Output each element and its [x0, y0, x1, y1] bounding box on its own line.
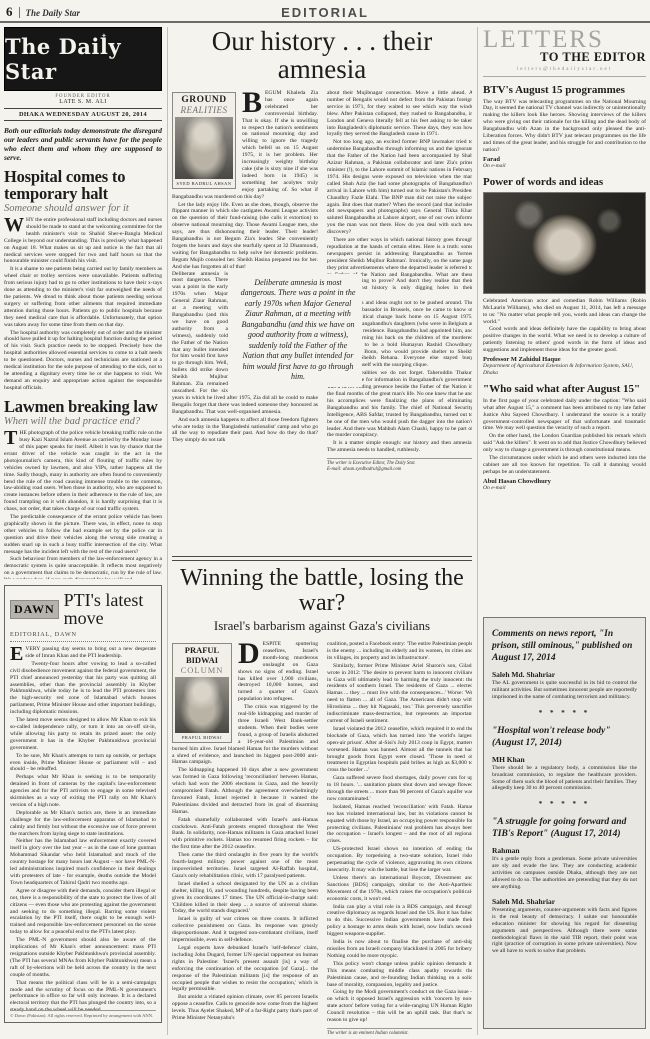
letter-who-said-what: "Who said what after August 15" In the f… [483, 383, 646, 491]
writer-footer: The writer is Executive Editor, The Dail… [327, 458, 472, 473]
column-rule [477, 27, 478, 1035]
founder-name: LATE S. M. ALI [4, 99, 162, 105]
paragraph: WHY the entire professional staff includ… [4, 217, 162, 265]
comment-text: Presenting arguments, counter-arguments … [492, 907, 637, 955]
paragraph: Going by the Modi government's conduct o… [327, 989, 472, 1024]
paragraph: The kidnapping happened 10 days after a … [172, 767, 318, 815]
commenter-name: Saleh Md. Shahriar [492, 897, 637, 906]
editorial-hospital: Hospital comes to temporary halt Someone… [4, 169, 162, 392]
dawn-copyright: © Dawn (Pakistan). All rights reserved. … [10, 1010, 156, 1019]
stars-separator: * * * * * [492, 709, 637, 717]
comments-box: Comments on news report, "In prison, sti… [483, 617, 646, 1029]
commenter-name: MH Khan [492, 755, 637, 764]
rule [483, 76, 646, 77]
paragraph: The hospital authority was completely ou… [4, 330, 162, 392]
paragraph: about their Mujibnagar connection. Move … [327, 90, 472, 138]
page-header-left: 6 The Daily Star [6, 4, 281, 20]
paragraph: Such behaviour from members of the law-e… [4, 556, 162, 579]
left-column: ✦ The Daily Star FOUNDER EDITOR LATE S. … [4, 27, 162, 1035]
article-headline: Winning the battle, losing the war? [172, 566, 472, 616]
paragraph: That means the political class will be i… [10, 980, 156, 1015]
letter-body: The way BTV was telecasting programmes o… [483, 99, 646, 154]
paragraph: The way BTV was telecasting programmes o… [483, 99, 646, 154]
paragraph: Isolated, Hamas reached 'reconciliation'… [327, 804, 472, 845]
article-body: GROUND REALITIES SYED BADRUL AHSAN BEGUM… [172, 90, 472, 473]
paragraph: Similarly, former Prime Minister Ariel S… [327, 663, 472, 725]
letter-signature: Abul Hasan Chowdhury [483, 478, 646, 485]
paragraph: The PML-N government should also be awar… [10, 937, 156, 978]
article-winning-battle: Winning the battle, losing the war? Isra… [172, 566, 472, 1034]
article-subhead: Israel's barbarism against Gaza's civili… [172, 618, 472, 634]
paragraph: The predictable consequence of the erran… [4, 514, 162, 555]
paper-name-small: The Daily Star [26, 8, 81, 18]
editorial-subtitle: Someone should answer for it [4, 203, 162, 214]
page-number: 6 [6, 4, 13, 20]
letter-words-ideas: Power of words and ideas Celebrated Amer… [483, 176, 646, 376]
section-title: EDITORIAL [281, 5, 369, 20]
editorial-body: THE photograph of the police vehicle bre… [4, 430, 162, 579]
article-body: PRAFUL BIDWAI COLUMN PRAFUL BIDWAI DESPI… [172, 641, 472, 1034]
paragraph: It is a shame to see patients being carr… [4, 266, 162, 328]
dotted-rule [10, 641, 156, 642]
paragraph: But amidst a vitiated opinion climate, o… [172, 994, 318, 1022]
editorial-subtitle: When will the bad practice end? [4, 416, 162, 427]
star-icon: ✦ [101, 32, 107, 40]
letter-signature: Farad [483, 156, 646, 163]
comment-report-title: Comments on news report, "In prison, sti… [492, 628, 637, 664]
paragraph: Then came the third onslaught in five ye… [172, 852, 318, 880]
paragraph: It is a matter simple enough: our histor… [327, 440, 472, 454]
paragraph: EVERY passing day seems to bring out a n… [10, 646, 156, 660]
paragraph: Israel is guilty of war crimes on three … [172, 916, 318, 944]
dawn-byline: EDITORIAL, DAWN [10, 631, 156, 638]
paragraph: Legal experts have debunked Israel's 'se… [172, 945, 318, 993]
author-photo [175, 117, 233, 179]
writer-footer: The writer is an eminent Indian columnis… [327, 1028, 472, 1034]
article-text: coalition, posted a Facebook entry: 'The… [327, 641, 472, 1024]
dawn-logo: DAWN [10, 600, 59, 619]
left-column-upper: ✦ The Daily Star FOUNDER EDITOR LATE S. … [4, 27, 162, 579]
paragraph: The latest move seems designed to allow … [10, 717, 156, 752]
paragraph: To be sure, Mr Khan's attempts to turn u… [10, 753, 156, 774]
paragraph: Perhaps what Mr Khan is seeking is to be… [10, 774, 156, 809]
column-kicker: GROUND [175, 95, 233, 105]
paragraph: In the first page of your celebrated dai… [483, 398, 646, 433]
editorial-title: Lawmen breaking law [4, 399, 162, 416]
article-column-1: GROUND REALITIES SYED BADRUL AHSAN BEGUM… [172, 90, 318, 473]
paper-logo: The Daily Star [5, 34, 161, 84]
dawn-header: DAWN PTI's latest move [10, 591, 156, 627]
stars-separator: * * * * * [492, 800, 637, 808]
header-divider [19, 7, 20, 18]
article-column-1: PRAFUL BIDWAI COLUMN PRAFUL BIDWAI DESPI… [172, 641, 318, 1034]
letters-email: letters@thedailystar.net [483, 67, 646, 72]
paragraph: US-protected Israel shows no intention o… [327, 846, 472, 874]
author-photo [175, 677, 229, 733]
letters-heading: LETTERS [483, 27, 646, 52]
author-caption: PRAFUL BIDWAI [175, 735, 229, 740]
paragraph: Gaza suffered severe food shortages, dai… [327, 775, 472, 803]
letter-signature-location: On e-mail [483, 163, 646, 170]
paragraph: And such amnesia happens to affect all t… [172, 417, 318, 445]
paragraph: On the other hand, the London Guardian p… [483, 433, 646, 454]
letter-btv: BTV's August 15 programmes The way BTV w… [483, 84, 646, 169]
paragraph: Deplorable as Mr Khan's tactics are, the… [10, 810, 156, 838]
article-column-2: coalition, posted a Facebook entry: 'The… [327, 641, 472, 1034]
dawn-body: EVERY passing day seems to bring out a n… [10, 646, 156, 1014]
paragraph: Agree or disagree with their demands, co… [10, 888, 156, 936]
editorial-intro: Both our editorials today demonstrate th… [4, 126, 162, 162]
paragraph: Unless there's an international Boycott,… [327, 875, 472, 903]
right-column: LETTERS TO THE EDITOR letters@thedailyst… [483, 27, 646, 1035]
writer-email: E-mail: ahsan.syedbadrul@gmail.com [327, 467, 472, 473]
pull-quote: Deliberate amnesia is most dangerous. Th… [234, 274, 362, 387]
comment-text: It's a gentle reply from a gentleman. So… [492, 856, 637, 891]
article-text: about their Mujibnagar connection. Move … [327, 90, 472, 454]
double-rule-divider [172, 556, 472, 561]
robin-williams-photo [483, 192, 646, 294]
article-headline: Our history . . . their amnesia [172, 27, 472, 83]
columnist-name: PRAFUL BIDWAI [175, 646, 229, 665]
paragraph: The circumstances under which he and oth… [483, 455, 646, 476]
newspaper-editorial-page: 6 The Daily Star EDITORIAL ✦ The Daily S… [0, 0, 650, 1039]
column-rule [167, 27, 168, 1035]
article-our-history: Our history . . . their amnesia GROUND R… [172, 27, 472, 553]
ground-realities-box: GROUND REALITIES SYED BADRUL AHSAN [172, 92, 236, 189]
paragraph: Celebrated American actor and comedian R… [483, 298, 646, 326]
paragraph: India can play a vital role in a BDS cam… [327, 904, 472, 939]
paragraph: Twenty-four hours after vowing to lead a… [10, 661, 156, 716]
praful-bidwai-box: PRAFUL BIDWAI COLUMN PRAFUL BIDWAI [172, 643, 232, 743]
comment-text: There should be a regulatory body, a com… [492, 765, 637, 793]
founder-block: FOUNDER EDITOR LATE S. M. ALI [4, 94, 162, 105]
dawn-reprint-box: DAWN PTI's latest move EDITORIAL, DAWN E… [4, 585, 162, 1023]
paragraph: Good words and ideas definitely have the… [483, 326, 646, 354]
paragraph: Israel shelled a school designated by th… [172, 881, 318, 916]
paragraph: Israel violated the 2012 ceasefire, whic… [327, 726, 472, 774]
paragraph: India is now about to finalise the purch… [327, 939, 472, 960]
column-kicker-2: REALITIES [175, 105, 233, 115]
comment-report-title: "A struggle for going forward and TIB's … [492, 816, 637, 840]
letter-body: Celebrated American actor and comedian R… [483, 298, 646, 354]
commenter-name: Saleh Md. Shahriar [492, 670, 637, 679]
paragraph: Not too long ago, an excited former BNP … [327, 139, 472, 236]
letter-signature-location: On e-mail [483, 485, 646, 492]
dateline: DHAKA WEDNESDAY AUGUST 20, 2014 [4, 108, 162, 121]
letters-section: LETTERS TO THE EDITOR letters@thedailyst… [483, 27, 646, 611]
dawn-article-title: PTI's latest move [64, 591, 156, 627]
letter-signature-location: Department of Agricultural Extension & I… [483, 363, 646, 376]
paragraph: coalition, posted a Facebook entry: 'The… [327, 641, 472, 662]
letter-title: Power of words and ideas [483, 176, 646, 189]
comment-text: The AL government is quite successful in… [492, 680, 637, 701]
letter-body: In the first page of your celebrated dai… [483, 398, 646, 476]
author-caption: SYED BADRUL AHSAN [175, 181, 233, 186]
paragraph: Let the lady enjoy life. Even as she doe… [172, 202, 318, 271]
paragraph: THE photograph of the police vehicle bre… [4, 430, 162, 513]
page-header: 6 The Daily Star EDITORIAL [0, 0, 650, 23]
paragraph: Fatah shamefully collaborated with Israe… [172, 817, 318, 852]
daily-star-masthead: ✦ The Daily Star [4, 27, 162, 91]
letter-title: BTV's August 15 programmes [483, 84, 646, 97]
letter-title: "Who said what after August 15" [483, 383, 646, 396]
editorial-body: WHY the entire professional staff includ… [4, 217, 162, 392]
commenter-name: Rahman [492, 846, 637, 855]
column-label: COLUMN [175, 665, 229, 675]
editorial-lawmen: Lawmen breaking law When will the bad pr… [4, 399, 162, 579]
paragraph: Neither has the Islamabad law enforcemen… [10, 838, 156, 886]
comment-report-title: "Hospital won't release body" (August 17… [492, 725, 637, 749]
paragraph: This policy won't change unless public o… [327, 961, 472, 989]
editorial-title: Hospital comes to temporary halt [4, 169, 162, 202]
middle-column: Our history . . . their amnesia GROUND R… [172, 27, 472, 1035]
